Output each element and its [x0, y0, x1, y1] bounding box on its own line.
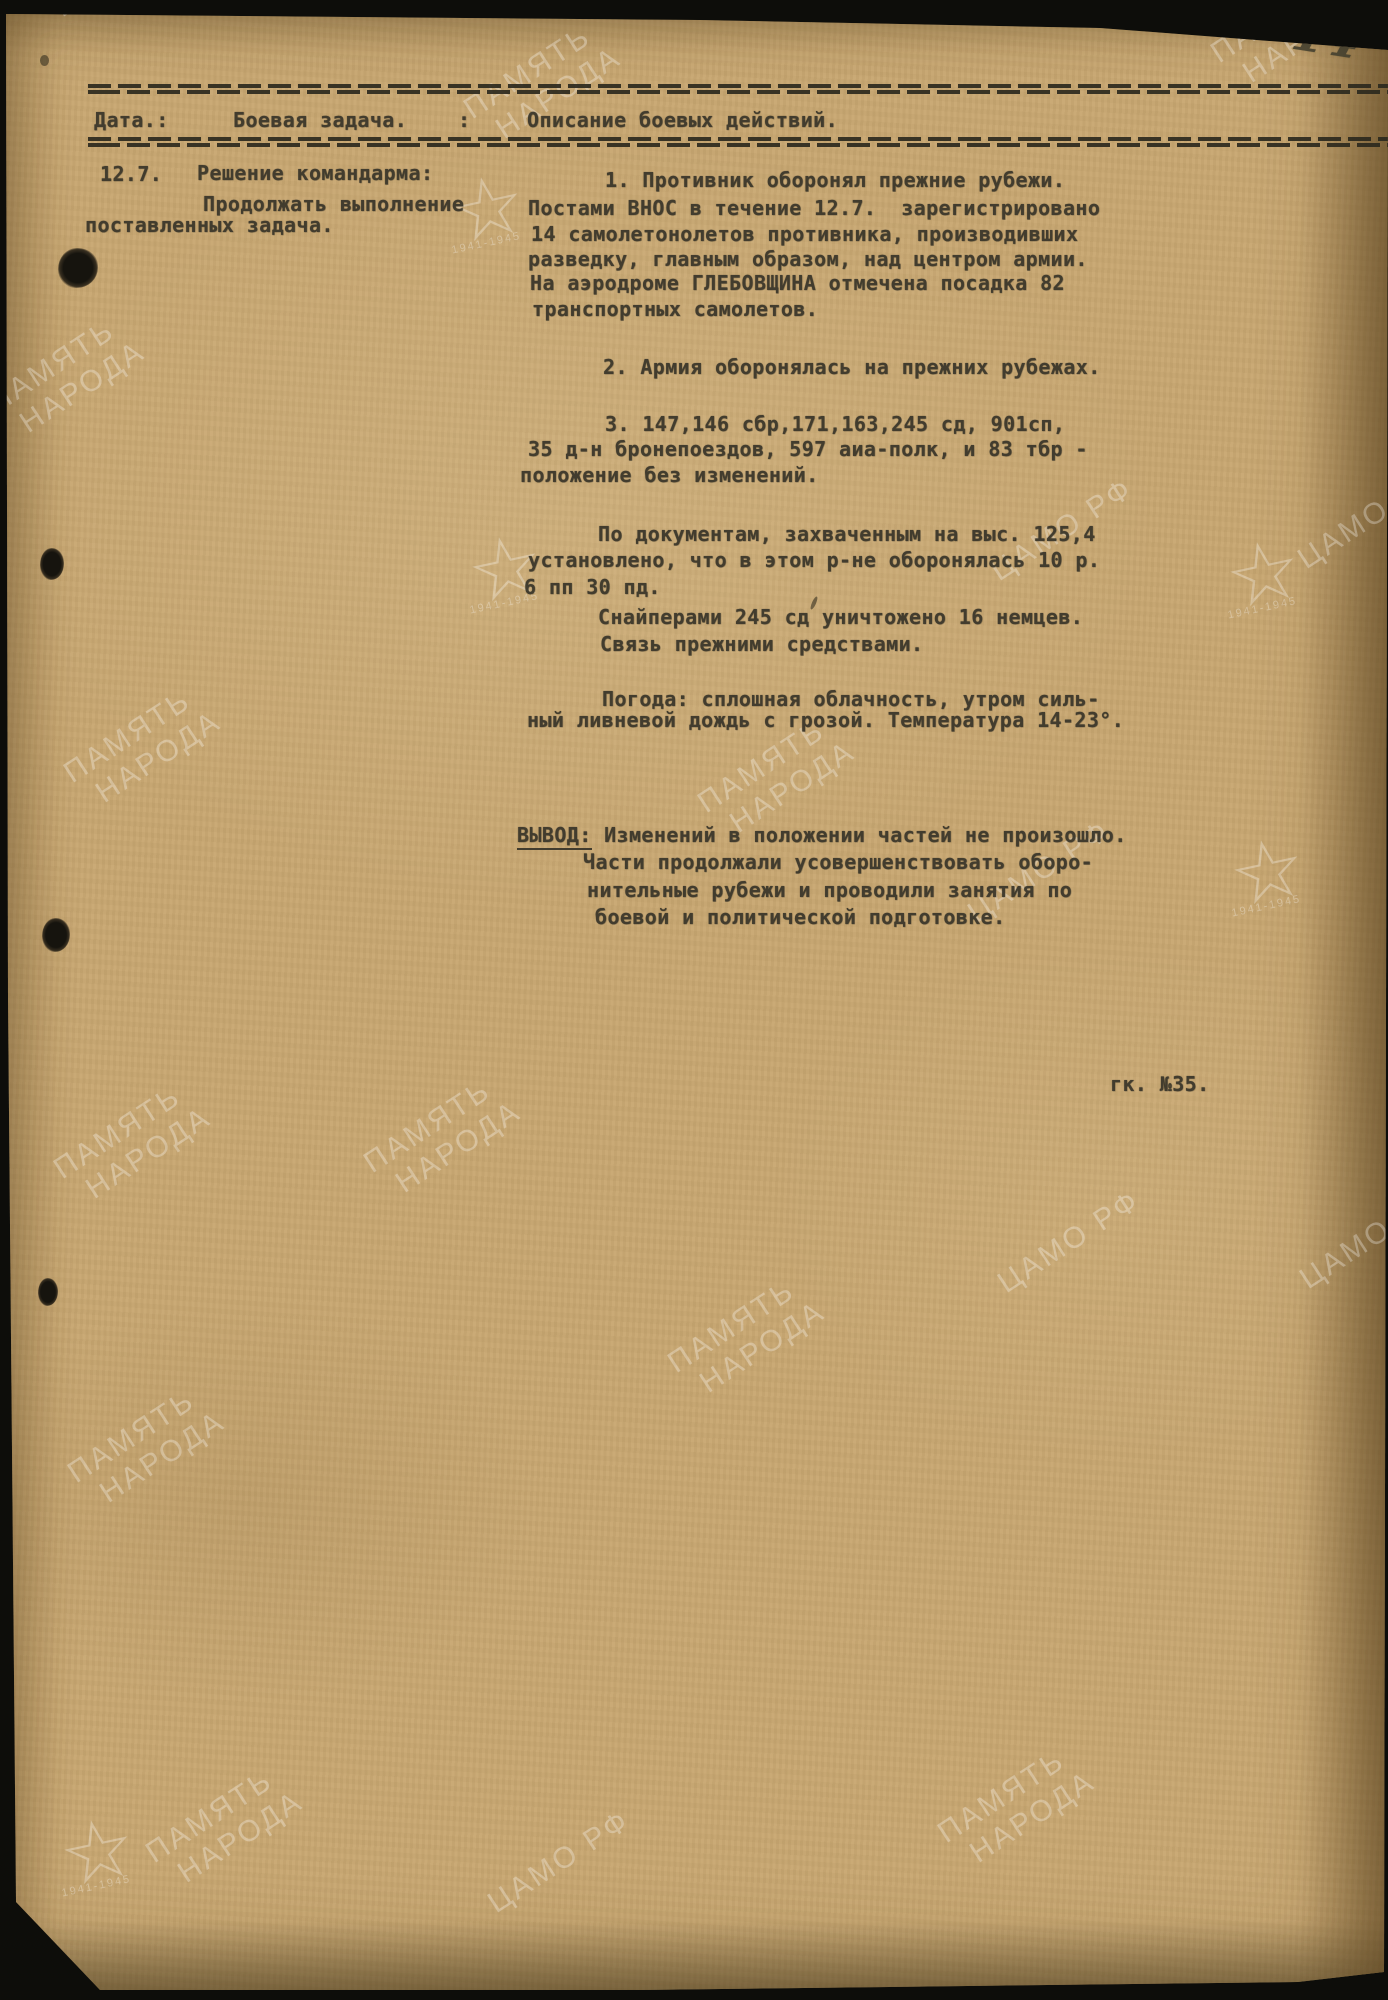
p1-line: Постами ВНОС в течение 12.7. зарегистрир…: [528, 196, 1100, 220]
p3-line: 3. 147,146 сбр,171,163,245 сд, 901сп,: [605, 412, 1065, 436]
memory-of-people-watermark: ПАМЯТЬНАРОДА: [48, 1072, 218, 1215]
star-icon: ☆: [1222, 822, 1313, 920]
header-task-column: Боевая задача.: [233, 108, 407, 132]
scanned-page: ЦАМО РФЦАМО РФПАМЯТЬНАРОДАПАМЯТЬНАРОДАПА…: [0, 0, 1388, 2000]
paper-hole: [38, 1278, 58, 1306]
victory-star-watermark: ☆1941-1945: [1218, 524, 1309, 620]
p4-line: По документам, захваченным на выс. 125,4: [598, 522, 1096, 546]
header-column-separator: :: [458, 108, 470, 132]
tsamo-archive-watermark: ЦАМО РФ: [48, 0, 203, 25]
paper-hole: [40, 548, 64, 580]
memory-of-people-watermark: ПАМЯТЬНАРОДА: [62, 1376, 232, 1519]
tsamo-archive-watermark: ЦАМО РФ: [1292, 460, 1388, 577]
conclusion-line: Части продолжали усовершенствовать оборо…: [583, 850, 1093, 874]
document-scan: ЦАМО РФЦАМО РФПАМЯТЬНАРОДАПАМЯТЬНАРОДАПА…: [0, 0, 1388, 2000]
tsamo-archive-watermark: ЦАМО РФ: [795, 0, 950, 31]
tsamo-archive-watermark: ЦАМО РФ: [1294, 1180, 1388, 1297]
victory-star-watermark: ☆1941-1945: [52, 1802, 143, 1898]
conclusion-text: Изменений в положении частей не произошл…: [604, 823, 1127, 847]
p5-line: Связь прежними средствами.: [600, 632, 923, 656]
star-icon: ☆: [52, 1802, 143, 1900]
p1-line: транспортных самолетов.: [532, 297, 818, 321]
p2-line: 2. Армия оборонялась на прежних рубежах.: [603, 355, 1101, 379]
reference-number: гк. №35.: [1110, 1072, 1210, 1096]
memory-of-people-watermark: ПАМЯТЬНАРОДА: [140, 1756, 310, 1899]
table-rule-top-2: [88, 90, 1388, 94]
task-line-1: Решение командарма:: [197, 161, 433, 185]
p5-line: Снайперами 245 сд уничтожено 16 немцев.: [598, 605, 1083, 629]
paper-speck: [40, 55, 49, 66]
p1-line: На аэродроме ГЛЕБОВЩИНА отмечена посадка…: [530, 271, 1065, 295]
memory-of-people-watermark: ПАМЯТЬНАРОДА: [662, 1266, 832, 1409]
memory-of-people-watermark: ПАМЯТЬНАРОДА: [0, 306, 152, 449]
p4-line: 6 пп 30 пд.: [524, 575, 661, 599]
table-rule-bottom-1: [88, 137, 1388, 141]
victory-star-watermark: ☆1941-1945: [1222, 822, 1313, 918]
conclusion-line: нительные рубежи и проводили занятия по: [587, 878, 1072, 902]
conclusion-line: боевой и политической подготовке.: [595, 905, 1006, 929]
task-line-3: поставленных задача.: [85, 213, 334, 237]
p4-line: установлено, что в этом р-не оборонялась…: [528, 548, 1100, 572]
conclusion-label: ВЫВОД:: [517, 823, 592, 850]
p3-line: положение без изменений.: [520, 463, 819, 487]
header-description-column: Описание боевых действий.: [527, 108, 838, 132]
header-date-column: Дата.:: [94, 108, 169, 132]
p1-line: 1. Противник оборонял прежние рубежи.: [605, 168, 1065, 192]
conclusion-line-1: ВЫВОД: Изменений в положении частей не п…: [517, 823, 1127, 847]
handwritten-page-number: 14: [1286, 6, 1369, 71]
paper-hole: [58, 248, 98, 288]
weather-line: ный ливневой дождь с грозой. Температура…: [527, 708, 1124, 732]
paper-hole: [42, 918, 70, 952]
memory-of-people-watermark: ПАМЯТЬНАРОДА: [358, 1066, 528, 1209]
memory-of-people-watermark: ПАМЯТЬНАРОДА: [932, 1736, 1102, 1879]
tsamo-archive-watermark: ЦАМО РФ: [992, 1184, 1147, 1301]
p1-line: 14 самолетонолетов противника, производи…: [531, 222, 1078, 246]
star-icon: ☆: [1218, 524, 1309, 622]
entry-date: 12.7.: [100, 162, 162, 186]
tsamo-archive-watermark: ЦАМО РФ: [482, 1804, 637, 1921]
p1-line: разведку, главным образом, над центром а…: [528, 247, 1088, 271]
table-rule-top-1: [88, 84, 1388, 88]
memory-of-people-watermark: ПАМЯТЬНАРОДА: [58, 676, 228, 819]
p3-line: 35 д-н бронепоездов, 597 аиа-полк, и 83 …: [528, 437, 1088, 461]
table-rule-bottom-2: [88, 143, 1388, 147]
